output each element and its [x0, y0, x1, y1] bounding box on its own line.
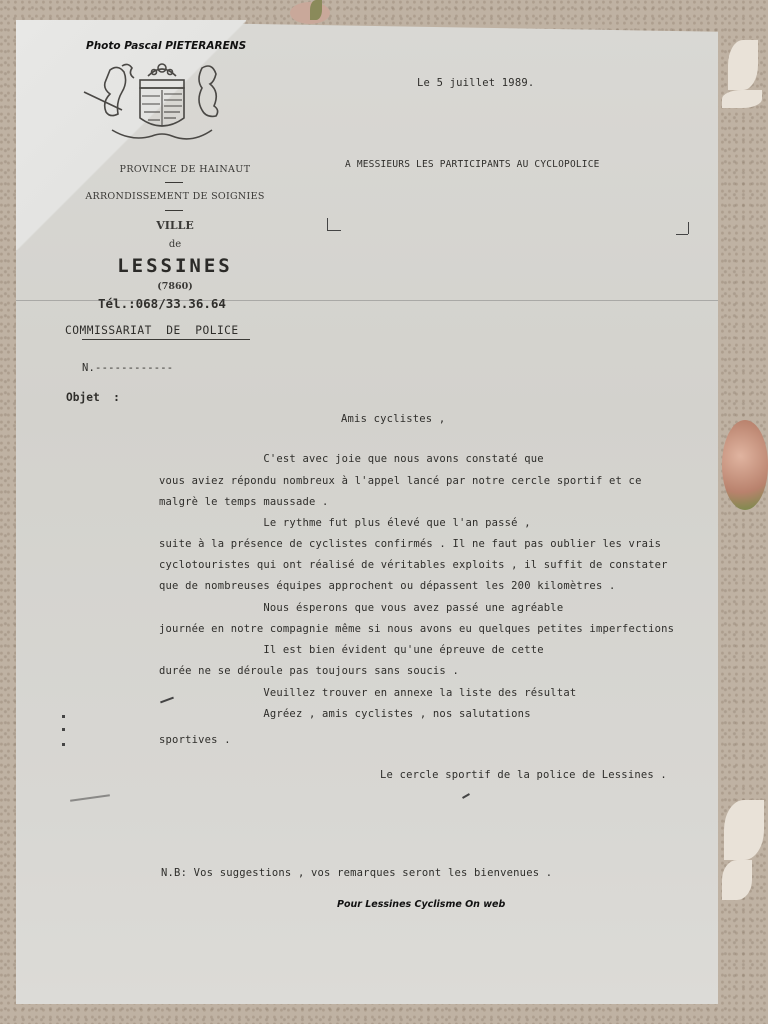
letter-line: journée en notre compagnie même si nous … — [159, 623, 674, 635]
de-label: de — [150, 239, 200, 250]
letter-line: sportives . — [159, 734, 231, 746]
phone-number: Tél.:068/33.36.64 — [98, 296, 226, 311]
address-corner-mark-right — [676, 234, 688, 235]
tablecloth-leaf-right-2 — [722, 90, 762, 108]
letter-line: suite à la présence de cyclistes confirm… — [159, 538, 661, 550]
tablecloth-flower-right — [722, 420, 768, 510]
ink-mark — [62, 715, 65, 718]
web-credit: Pour Lessines Cyclisme On web — [337, 899, 505, 910]
letter-date: Le 5 juillet 1989. — [417, 77, 534, 89]
department-label: COMMISSARIAT DE POLICE — [65, 324, 239, 337]
postal-code: (7860) — [140, 281, 210, 292]
recipient-line: A MESSIEURS LES PARTICIPANTS AU CYCLOPOL… — [345, 159, 600, 170]
letter-line: malgrè le temps maussade . — [159, 496, 329, 508]
fold-line — [16, 300, 718, 301]
letter-line: cyclotouristes qui ont réalisé de vérita… — [159, 559, 668, 571]
address-corner-mark-left — [327, 218, 328, 230]
letter-line: Veuillez trouver en annexe la liste des … — [159, 687, 576, 699]
letter-line: vous aviez répondu nombreux à l'appel la… — [159, 475, 642, 487]
ville-label: VILLE — [130, 219, 220, 232]
tablecloth-leaf-right-3 — [724, 800, 764, 860]
address-corner-mark-right — [688, 222, 689, 234]
divider — [165, 182, 183, 183]
subject-label: Objet : — [66, 391, 120, 404]
salutation: Amis cyclistes , — [341, 413, 445, 425]
nb-note: N.B: Vos suggestions , vos remarques ser… — [161, 867, 552, 879]
province-label: PROVINCE DE HAINAUT — [90, 164, 280, 175]
department-underline — [82, 339, 250, 340]
letter-line: que de nombreuses équipes approchent ou … — [159, 580, 616, 592]
city-name: LESSINES — [100, 255, 250, 277]
letter-line: Agréez , amis cyclistes , nos salutation… — [159, 708, 531, 720]
photo-credit: Photo Pascal PIETERARENS — [86, 40, 246, 52]
signature: Le cercle sportif de la police de Lessin… — [380, 769, 667, 781]
arrondissement-label: ARRONDISSEMENT DE SOIGNIES — [70, 191, 280, 202]
tablecloth-leaf-right-4 — [722, 860, 752, 900]
letter-line: Il est bien évident qu'une épreuve de ce… — [159, 644, 544, 656]
letter-line: Nous ésperons que vous avez passé une ag… — [159, 602, 563, 614]
tablecloth-leaf-right-1 — [728, 40, 758, 90]
tablecloth-leaf-top — [310, 0, 322, 20]
letter-line: durée ne se déroule pas toujours sans so… — [159, 665, 459, 677]
letter-line: Le rythme fut plus élevé que l'an passé … — [159, 517, 531, 529]
coat-of-arms-icon — [82, 60, 242, 150]
address-corner-mark-left — [327, 230, 341, 231]
reference-number: N.------------ — [82, 362, 173, 374]
ink-mark — [62, 728, 65, 731]
divider — [165, 210, 183, 211]
letter-line: C'est avec joie que nous avons constaté … — [159, 453, 544, 465]
ink-mark — [62, 743, 65, 746]
